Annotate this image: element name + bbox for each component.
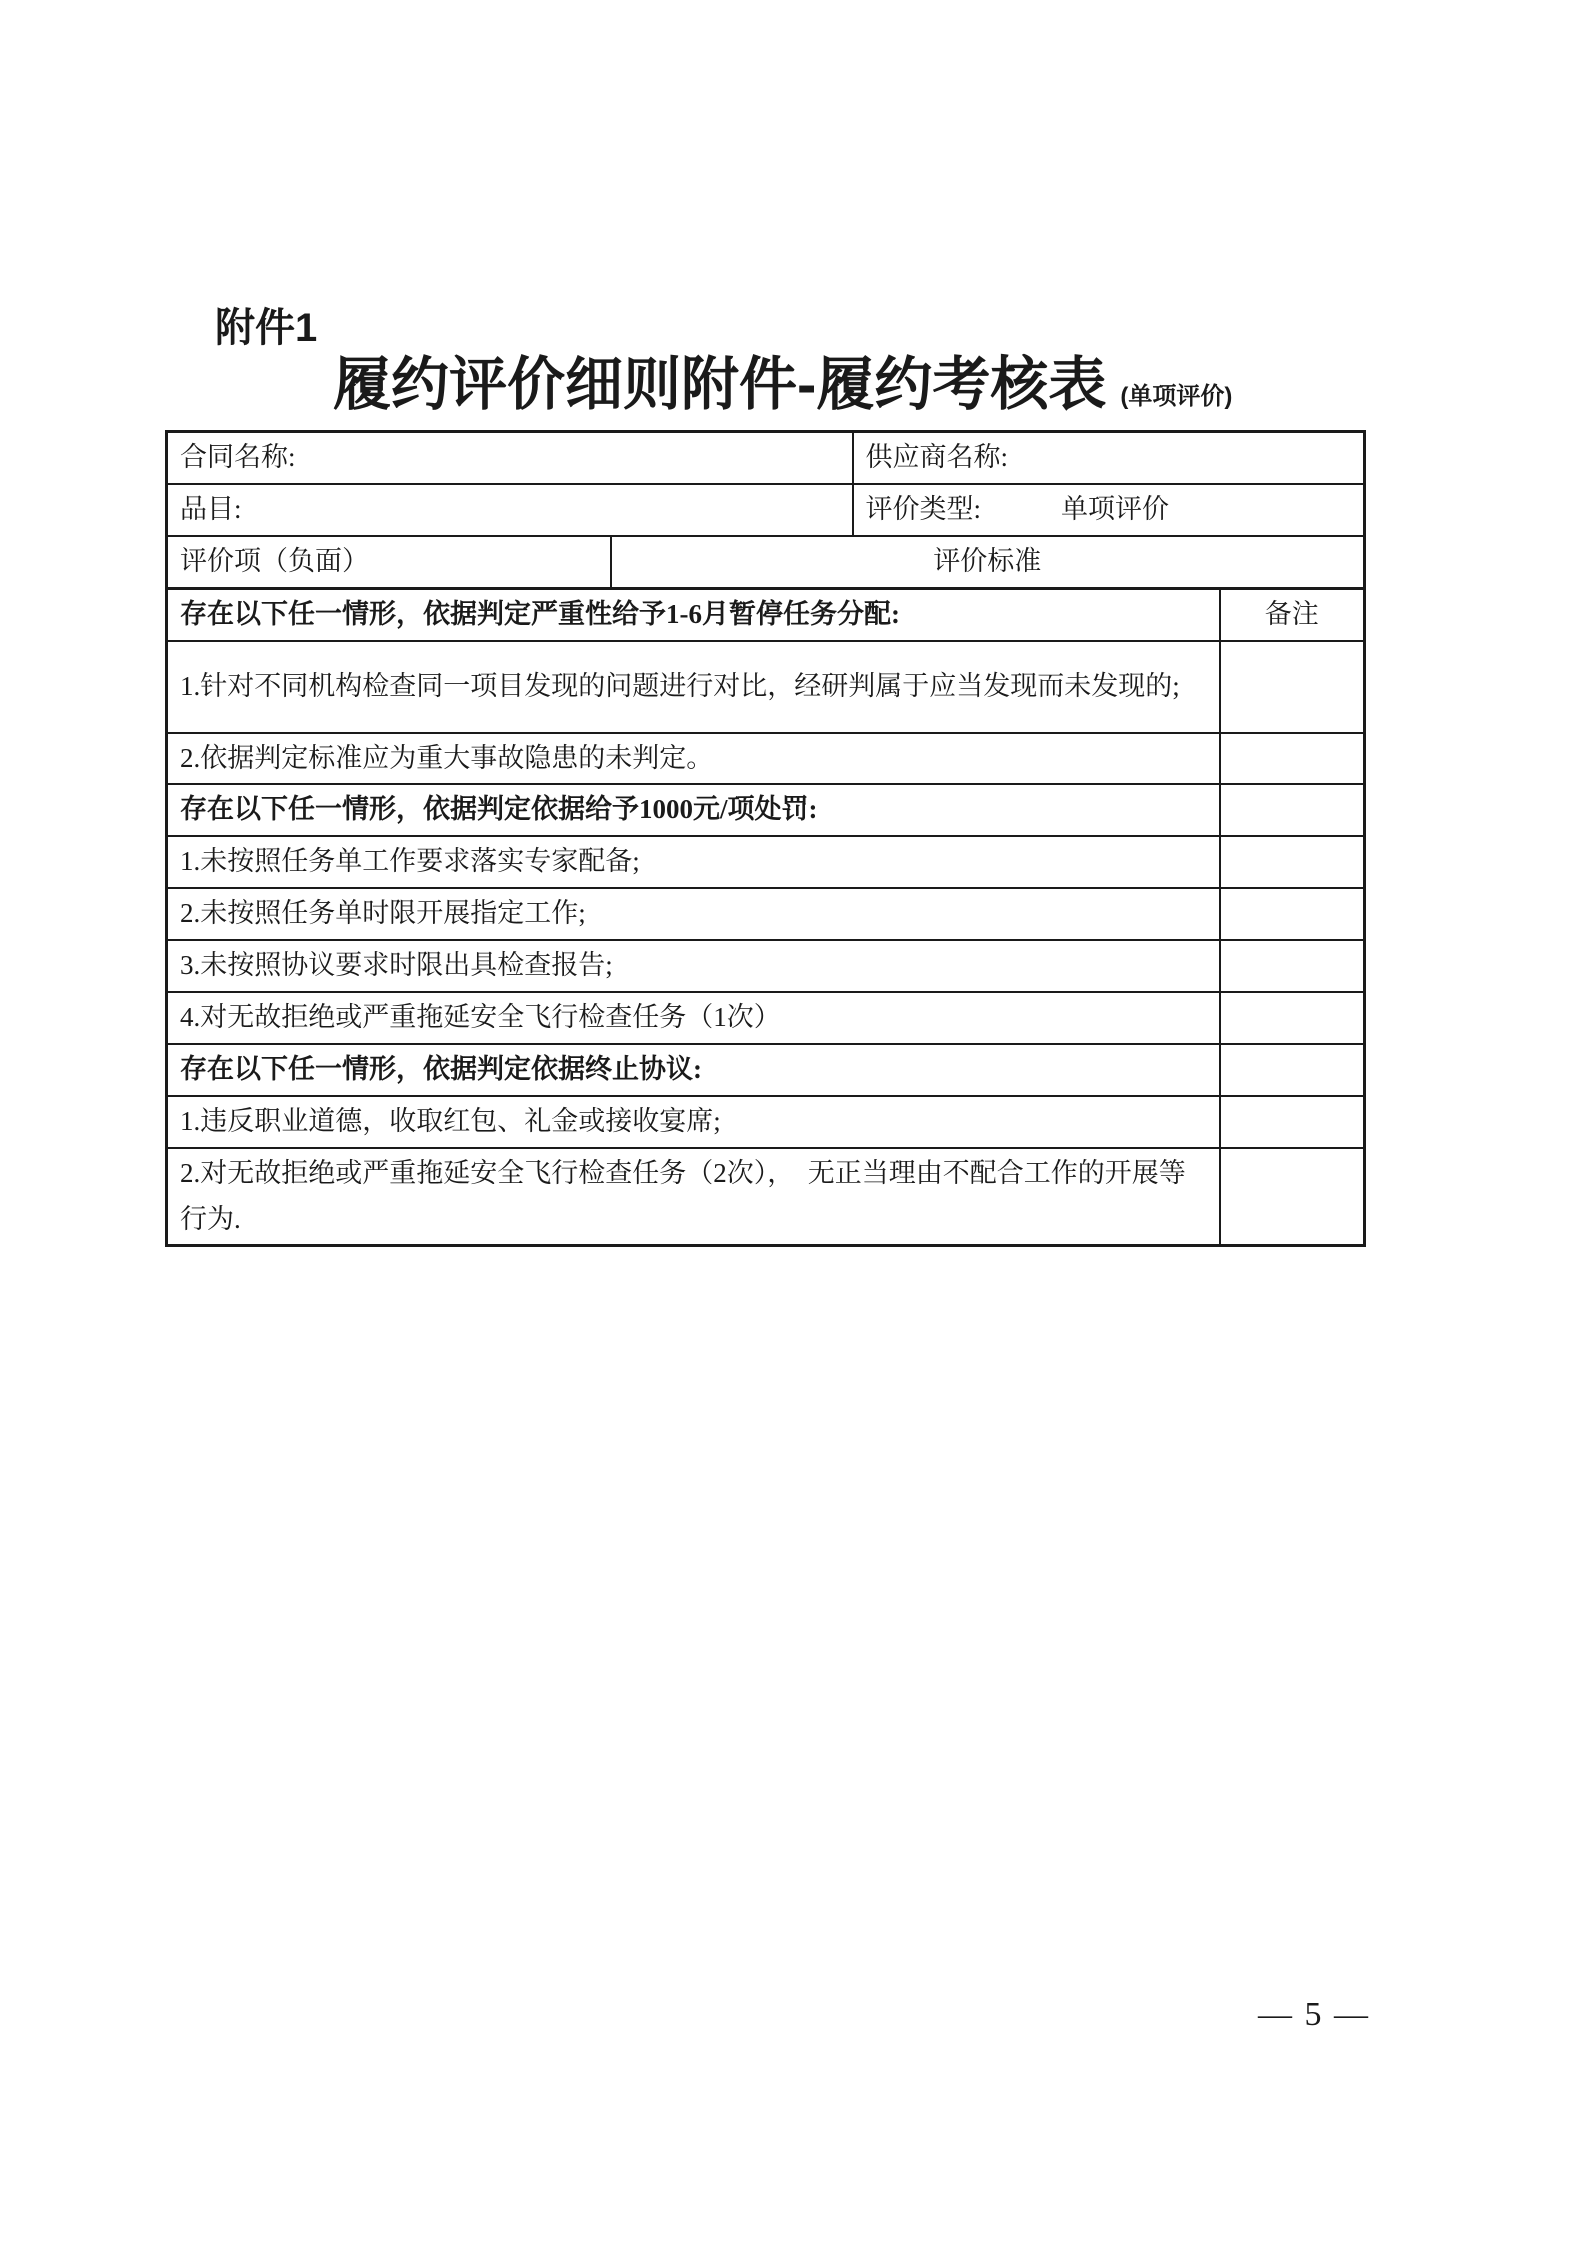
doc-title-main: 履约评价细则附件-履约考核表: [333, 352, 1106, 417]
criteria-item: 2.对无故拒绝或严重拖延安全飞行检查任务（2次）， 无正当理由不配合工作的开展等…: [167, 1148, 1220, 1246]
criteria-item: 2.未按照任务单时限开展指定工作;: [167, 888, 1220, 940]
criteria-item: 4.对无故拒绝或严重拖延安全飞行检查任务（1次）: [167, 992, 1220, 1044]
evaluation-type-cell: 评价类型:单项评价: [853, 484, 1365, 536]
column-header-row: 评价项（负面） 评价标准: [167, 536, 1365, 588]
criteria-row: 2.对无故拒绝或严重拖延安全飞行检查任务（2次）， 无正当理由不配合工作的开展等…: [167, 1148, 1365, 1246]
section-1-header-row: 存在以下任一情形，依据判定严重性给予1-6月暂停任务分配: 备注: [167, 588, 1365, 640]
criteria-item: 1.违反职业道德，收取红包、礼金或接收宴席;: [167, 1096, 1220, 1148]
remark-cell: [1220, 940, 1365, 992]
criteria-item: 1.针对不同机构检查同一项目发现的问题进行对比，经研判属于应当发现而未发现的;: [167, 641, 1220, 733]
remark-header: 备注: [1220, 588, 1365, 640]
section-3-header-row: 存在以下任一情形，依据判定依据终止协议:: [167, 1044, 1365, 1096]
remark-cell: [1220, 888, 1365, 940]
evaluation-type-value: 单项评价: [1061, 494, 1169, 524]
remark-cell: [1220, 992, 1365, 1044]
evaluation-type-label: 评价类型:: [866, 494, 982, 524]
item-category-label: 品目:: [167, 484, 853, 536]
criteria-row: 4.对无故拒绝或严重拖延安全飞行检查任务（1次）: [167, 992, 1365, 1044]
contract-name-label: 合同名称:: [167, 432, 853, 484]
criteria-item: 2.依据判定标准应为重大事故隐患的未判定。: [167, 733, 1220, 785]
attachment-label: 附件1: [215, 306, 317, 350]
criteria-row: 2.未按照任务单时限开展指定工作;: [167, 888, 1365, 940]
criteria-row: 1.针对不同机构检查同一项目发现的问题进行对比，经研判属于应当发现而未发现的;: [167, 641, 1365, 733]
remark-cell: [1220, 1096, 1365, 1148]
contract-info-row: 合同名称: 供应商名称:: [167, 432, 1365, 484]
negative-items-header: 评价项（负面）: [167, 536, 611, 588]
criteria-item: 3.未按照协议要求时限出具检查报告;: [167, 940, 1220, 992]
criteria-item: 1.未按照任务单工作要求落实专家配备;: [167, 836, 1220, 888]
standard-header: 评价标准: [611, 536, 1365, 588]
doc-title-suffix: (单项评价): [1120, 383, 1232, 410]
remark-cell: [1220, 784, 1365, 836]
remark-cell: [1220, 641, 1365, 733]
section-3-header: 存在以下任一情形，依据判定依据终止协议:: [167, 1044, 1220, 1096]
page-number: — 5 —: [1258, 1996, 1370, 2034]
document-page: 附件1 履约评价细则附件-履约考核表(单项评价) 合同名称: 供应商名称: 品目…: [0, 0, 1587, 2245]
section-2-header-row: 存在以下任一情形，依据判定依据给予1000元/项处罚:: [167, 784, 1365, 836]
category-info-row: 品目: 评价类型:单项评价: [167, 484, 1365, 536]
remark-cell: [1220, 1148, 1365, 1246]
supplier-name-label: 供应商名称:: [853, 432, 1365, 484]
section-1-header: 存在以下任一情形，依据判定严重性给予1-6月暂停任务分配:: [167, 588, 1220, 640]
page-title: 履约评价细则附件-履约考核表(单项评价): [333, 352, 1232, 419]
section-2-header: 存在以下任一情形，依据判定依据给予1000元/项处罚:: [167, 784, 1220, 836]
remark-cell: [1220, 733, 1365, 785]
criteria-row: 1.未按照任务单工作要求落实专家配备;: [167, 836, 1365, 888]
evaluation-table: 合同名称: 供应商名称: 品目: 评价类型:单项评价 评价项（负面） 评价标准 …: [165, 430, 1366, 1247]
criteria-row: 3.未按照协议要求时限出具检查报告;: [167, 940, 1365, 992]
criteria-row: 1.违反职业道德，收取红包、礼金或接收宴席;: [167, 1096, 1365, 1148]
remark-cell: [1220, 1044, 1365, 1096]
remark-cell: [1220, 836, 1365, 888]
criteria-row: 2.依据判定标准应为重大事故隐患的未判定。: [167, 733, 1365, 785]
